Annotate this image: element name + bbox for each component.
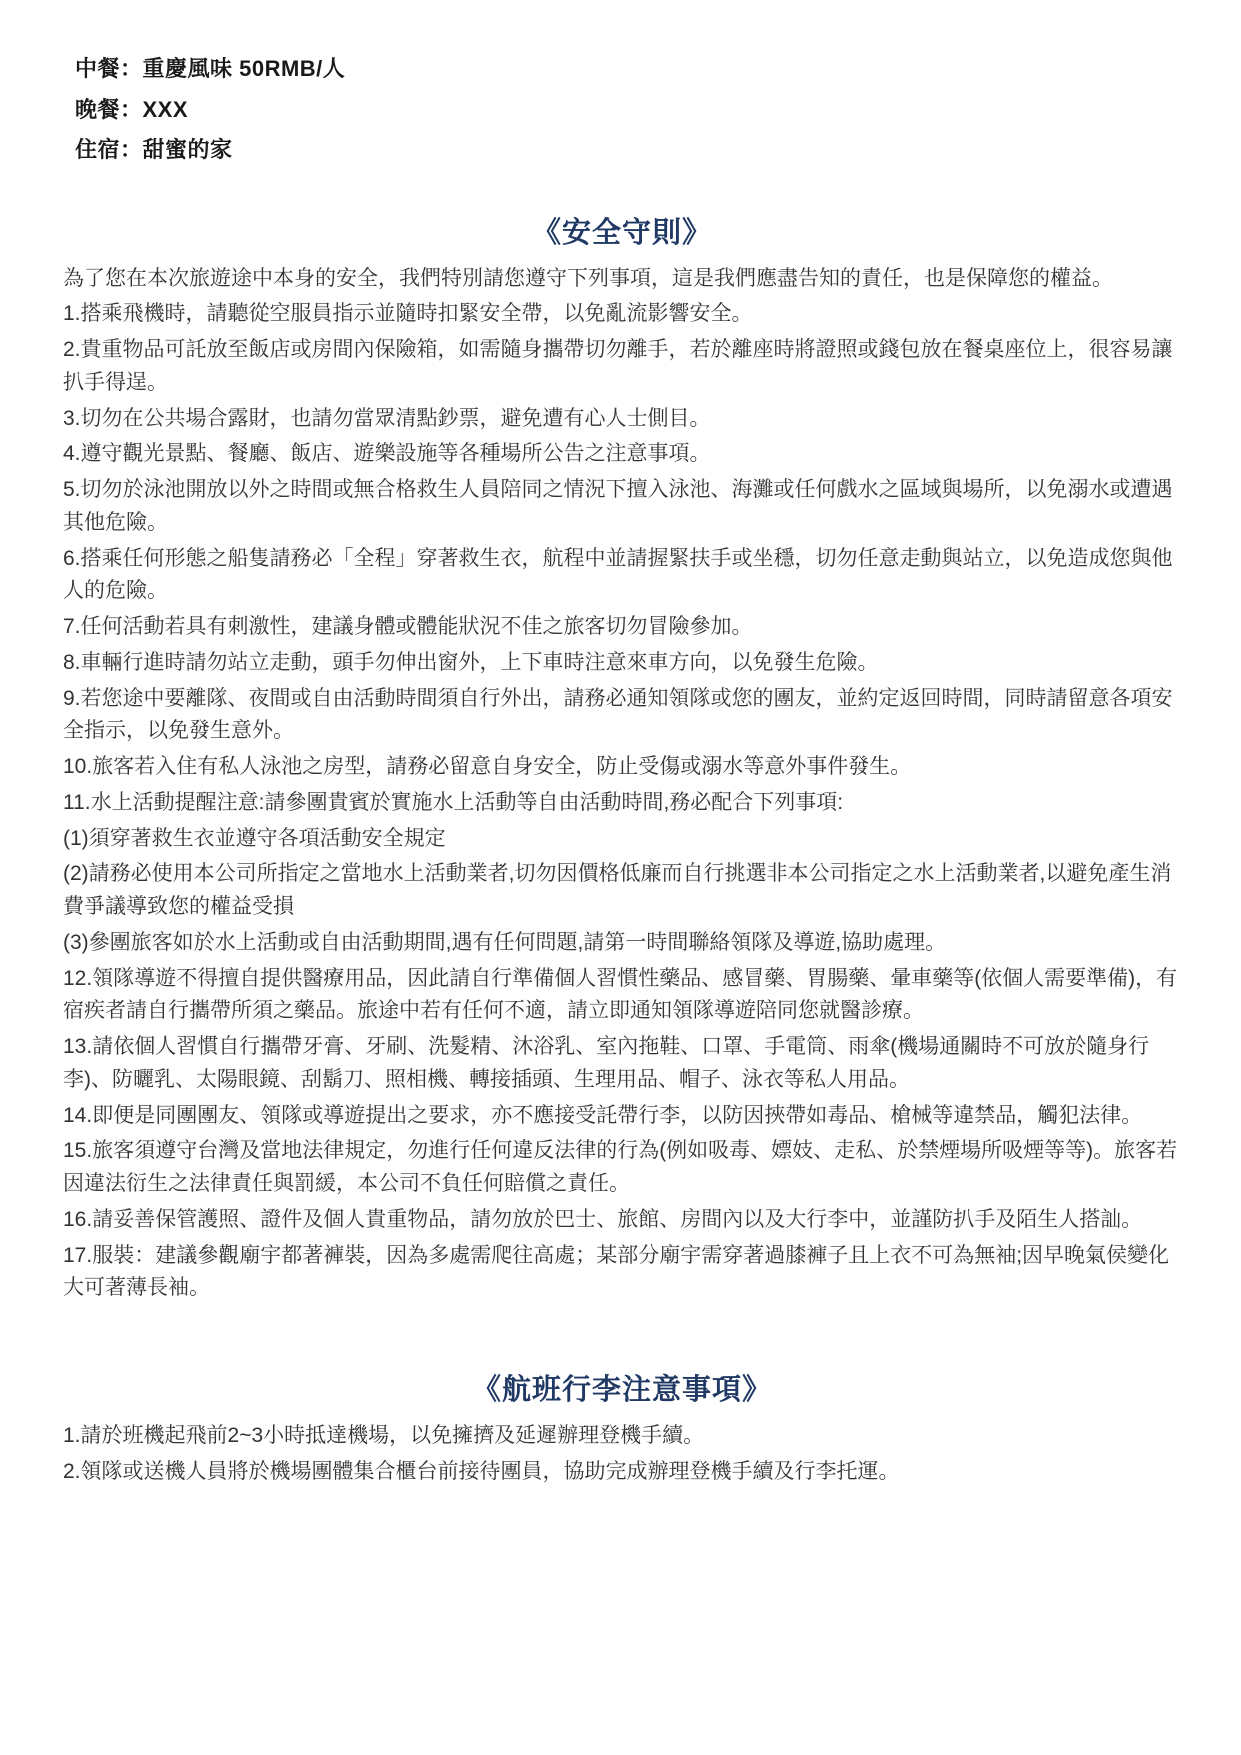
flight-luggage-item: 1.請於班機起飛前2~3小時抵達機場，以免擁擠及延遲辦理登機手續。 [63,1420,1181,1453]
safety-rules-title: 《安全守則》 [63,210,1181,251]
meal-info-block: 中餐：重慶風味 50RMB/人 晚餐：XXX 住宿：甜蜜的家 [63,55,1181,164]
safety-rule-item: 11.水上活動提醒注意:請參團貴賓於實施水上活動等自由活動時間,務必配合下列事項… [63,787,1181,820]
meal-info-line: 中餐：重慶風味 50RMB/人 [75,55,1181,83]
safety-rule-item: 6.搭乘任何形態之船隻請務必「全程」穿著救生衣，航程中並請握緊扶手或坐穩，切勿任… [63,543,1181,609]
safety-rule-item: 2.貴重物品可託放至飯店或房間內保險箱，如需隨身攜帶切勿離手，若於離座時將證照或… [63,334,1181,400]
safety-rule-item: 15.旅客須遵守台灣及當地法律規定，勿進行任何違反法律的行為(例如吸毒、嫖妓、走… [63,1135,1181,1201]
document-page: 中餐：重慶風味 50RMB/人 晚餐：XXX 住宿：甜蜜的家 《安全守則》 為了… [0,0,1241,1755]
flight-luggage-list: 1.請於班機起飛前2~3小時抵達機場，以免擁擠及延遲辦理登機手續。 2.領隊或送… [63,1420,1181,1489]
meal-info-line: 住宿：甜蜜的家 [75,136,1181,164]
safety-rule-item: 7.任何活動若具有刺激性，建議身體或體能狀況不佳之旅客切勿冒險參加。 [63,611,1181,644]
safety-rules-intro: 為了您在本次旅遊途中本身的安全，我們特別請您遵守下列事項，這是我們應盡告知的責任… [63,263,1181,296]
safety-rule-item: (3)參團旅客如於水上活動或自由活動期間,遇有任何問題,請第一時間聯絡領隊及導遊… [63,927,1181,960]
meal-info-line: 晚餐：XXX [75,96,1181,124]
safety-rule-item: 13.請依個人習慣自行攜帶牙膏、牙刷、洗髮精、沐浴乳、室內拖鞋、口罩、手電筒、雨… [63,1031,1181,1097]
flight-luggage-item: 2.領隊或送機人員將於機場團體集合櫃台前接待團員，協助完成辦理登機手續及行李托運… [63,1456,1181,1489]
safety-rule-item: 14.即便是同團團友、領隊或導遊提出之要求，亦不應接受託帶行李，以防因挾帶如毒品… [63,1100,1181,1133]
safety-rule-item: 9.若您途中要離隊、夜間或自由活動時間須自行外出，請務必通知領隊或您的團友，並約… [63,683,1181,749]
safety-rule-item: 10.旅客若入住有私人泳池之房型，請務必留意自身安全，防止受傷或溺水等意外事件發… [63,751,1181,784]
safety-rule-item: 16.請妥善保管護照、證件及個人貴重物品，請勿放於巴士、旅館、房間內以及大行李中… [63,1204,1181,1237]
safety-rule-item: (2)請務必使用本公司所指定之當地水上活動業者,切勿因價格低廉而自行挑選非本公司… [63,858,1181,924]
safety-rule-item: 8.車輛行進時請勿站立走動，頭手勿伸出窗外，上下車時注意來車方向，以免發生危險。 [63,647,1181,680]
safety-rule-item: 17.服裝：建議參觀廟宇都著褲裝，因為多處需爬往高處；某部分廟宇需穿著過膝褲子且… [63,1240,1181,1306]
safety-rule-item: 1.搭乘飛機時，請聽從空服員指示並隨時扣緊安全帶，以免亂流影響安全。 [63,298,1181,331]
safety-rules-list: 1.搭乘飛機時，請聽從空服員指示並隨時扣緊安全帶，以免亂流影響安全。 2.貴重物… [63,298,1181,1305]
section-safety-rules: 《安全守則》 為了您在本次旅遊途中本身的安全，我們特別請您遵守下列事項，這是我們… [63,210,1181,1306]
safety-rule-item: 5.切勿於泳池開放以外之時間或無合格救生人員陪同之情況下擅入泳池、海灘或任何戲水… [63,474,1181,540]
safety-rule-item: 4.遵守觀光景點、餐廳、飯店、遊樂設施等各種場所公告之注意事項。 [63,438,1181,471]
flight-luggage-title: 《航班行李注意事項》 [63,1367,1181,1408]
section-flight-luggage: 《航班行李注意事項》 1.請於班機起飛前2~3小時抵達機場，以免擁擠及延遲辦理登… [63,1367,1181,1489]
safety-rule-item: 12.領隊導遊不得擅自提供醫療用品，因此請自行準備個人習慣性藥品、感冒藥、胃腸藥… [63,963,1181,1029]
safety-rule-item: 3.切勿在公共場合露財，也請勿當眾清點鈔票，避免遭有心人士側目。 [63,403,1181,436]
safety-rule-item: (1)須穿著救生衣並遵守各項活動安全規定 [63,823,1181,856]
